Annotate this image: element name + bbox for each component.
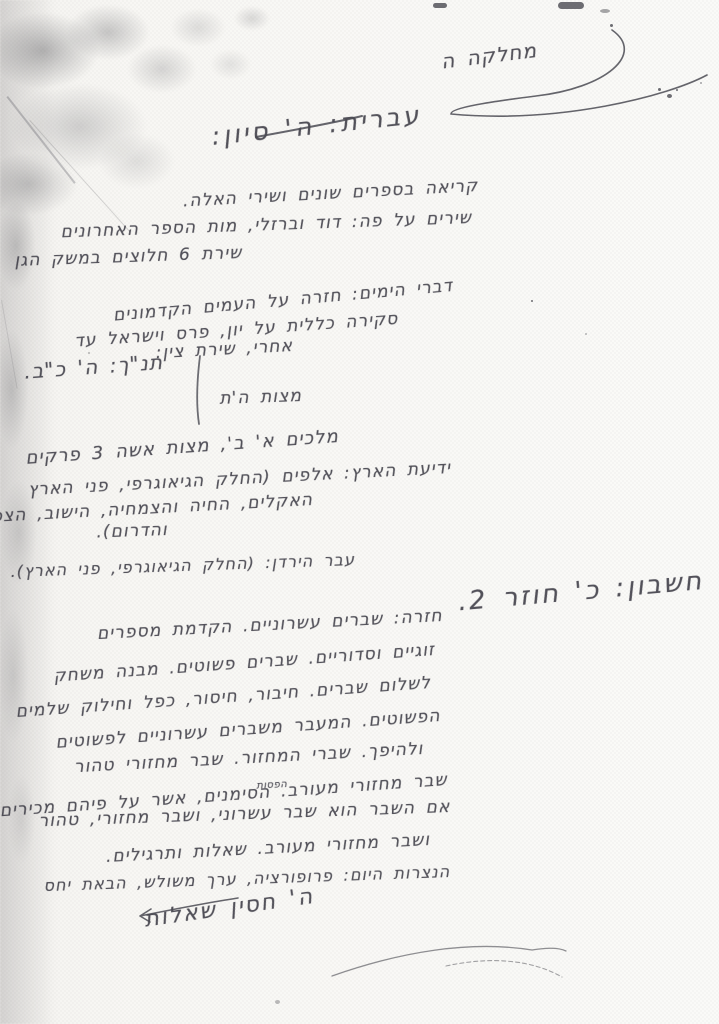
signature: ה' חסין שאלות bbox=[142, 884, 315, 933]
ink-speck bbox=[531, 300, 533, 302]
ink-speck bbox=[558, 2, 584, 9]
paper-crease bbox=[1, 300, 18, 389]
handwritten-line: ושבר מחזורי מעורב. שאלות ותרגילים. bbox=[106, 830, 431, 867]
paper-crease bbox=[29, 120, 130, 232]
ink-speck bbox=[610, 24, 613, 27]
ink-speck bbox=[667, 94, 672, 98]
ink-speck bbox=[676, 89, 678, 91]
class-header: מחלקה ה bbox=[439, 38, 538, 74]
ink-speck bbox=[700, 82, 702, 84]
handwritten-line: שירת 6 חלוצים במשק הגן bbox=[14, 243, 243, 271]
scanned-report-page: מחלקה ה עברית: ה' סיון: קריאה בספרים שונ… bbox=[0, 0, 719, 1024]
handwritten-line: הנצרות היום: פרופורציה, ערך משולש, הבאת … bbox=[43, 862, 450, 895]
handwritten-line: שירים על פה: דוד וברזלי, מות הספר האחרונ… bbox=[61, 208, 473, 242]
ink-speck bbox=[585, 333, 587, 335]
bible-section-header: תנ"ך: ה' כ"ב. bbox=[23, 350, 163, 384]
ink-speck bbox=[658, 88, 661, 91]
paper-crease bbox=[7, 96, 76, 184]
handwritten-line: חזרה: שברים עשרוניים. הקדמת מספרים bbox=[96, 606, 443, 644]
ink-speck bbox=[600, 9, 610, 13]
handwritten-line: מצות ה'ת bbox=[219, 386, 302, 409]
ink-speck bbox=[88, 352, 90, 354]
bottom-swoosh-curve bbox=[446, 961, 562, 977]
handwritten-line: מלכים א' ב', מצות אשה 3 פרקים bbox=[25, 426, 340, 469]
descender-flourish bbox=[197, 356, 200, 424]
ink-speck bbox=[275, 1000, 280, 1004]
interline-correction: הפסות bbox=[256, 779, 288, 792]
ink-speck bbox=[433, 3, 447, 8]
subject-header-hebrew: עברית: ה' סיון: bbox=[211, 100, 424, 151]
handwritten-line: קריאה בספרים שונים ושירי האלה. bbox=[183, 176, 479, 211]
arithmetic-section-header: חשבון: כ' חוזר 2. bbox=[457, 566, 705, 617]
handwritten-line: עבר הירדן: (החלק הגיאוגרפי, פני הארץ). bbox=[10, 550, 355, 581]
bottom-swoosh-curve bbox=[332, 946, 566, 976]
handwritten-line: והדרום). bbox=[96, 520, 168, 542]
